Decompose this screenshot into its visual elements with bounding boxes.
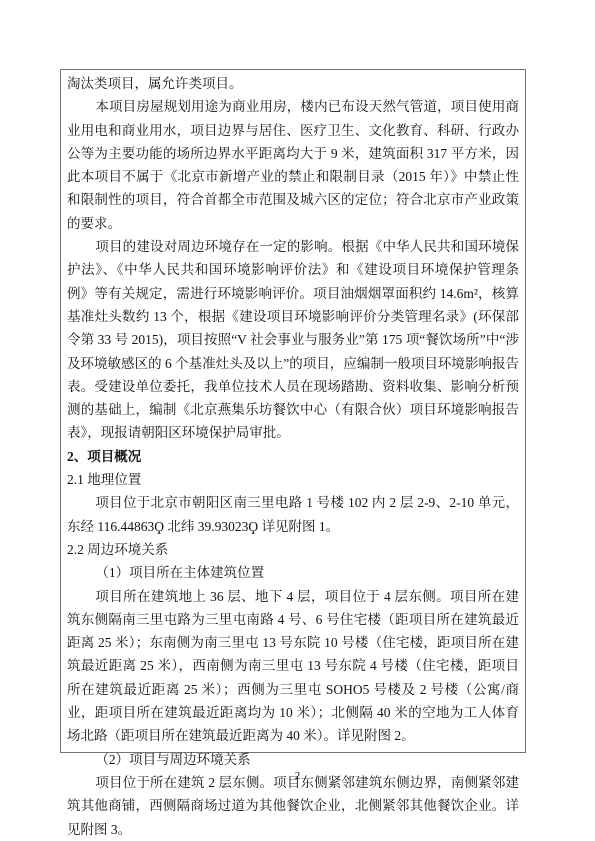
paragraph-location: 项目位于北京市朝阳区南三里电路 1 号楼 102 内 2 层 2-9、2-10 …	[67, 491, 519, 538]
heading-surrounding-environment: 2.2 周边环境关系	[67, 538, 519, 561]
subheading-main-building-position: （1）项目所在主体建筑位置	[67, 561, 519, 584]
heading-geographic-location: 2.1 地理位置	[67, 468, 519, 491]
paragraph-continuation: 淘汰类项目，属允许类项目。	[67, 72, 519, 95]
document-page: 淘汰类项目，属允许类项目。 本项目房屋规划用途为商业用房，楼内已布设天然气管道，…	[0, 0, 595, 841]
paragraph-building-use: 本项目房屋规划用途为商业用房，楼内已布设天然气管道，项目使用商业用电和商业用水，…	[67, 95, 519, 235]
subheading-project-surroundings: （2）项目与周边环境关系	[67, 748, 519, 771]
paragraph-building-position: 项目所在建筑地上 36 层、地下 4 层，项目位于 4 层东侧。项目所在建筑东侧…	[67, 585, 519, 748]
report-table-cell: 淘汰类项目，属允许类项目。 本项目房屋规划用途为商业用房，楼内已布设天然气管道，…	[60, 69, 526, 753]
heading-project-overview: 2、项目概况	[67, 445, 519, 468]
page-number: 2	[0, 770, 595, 782]
paragraph-eia-basis: 项目的建设对周边环境存在一定的影响。根据《中华人民共和国环境保护法》、《中华人民…	[67, 235, 519, 445]
